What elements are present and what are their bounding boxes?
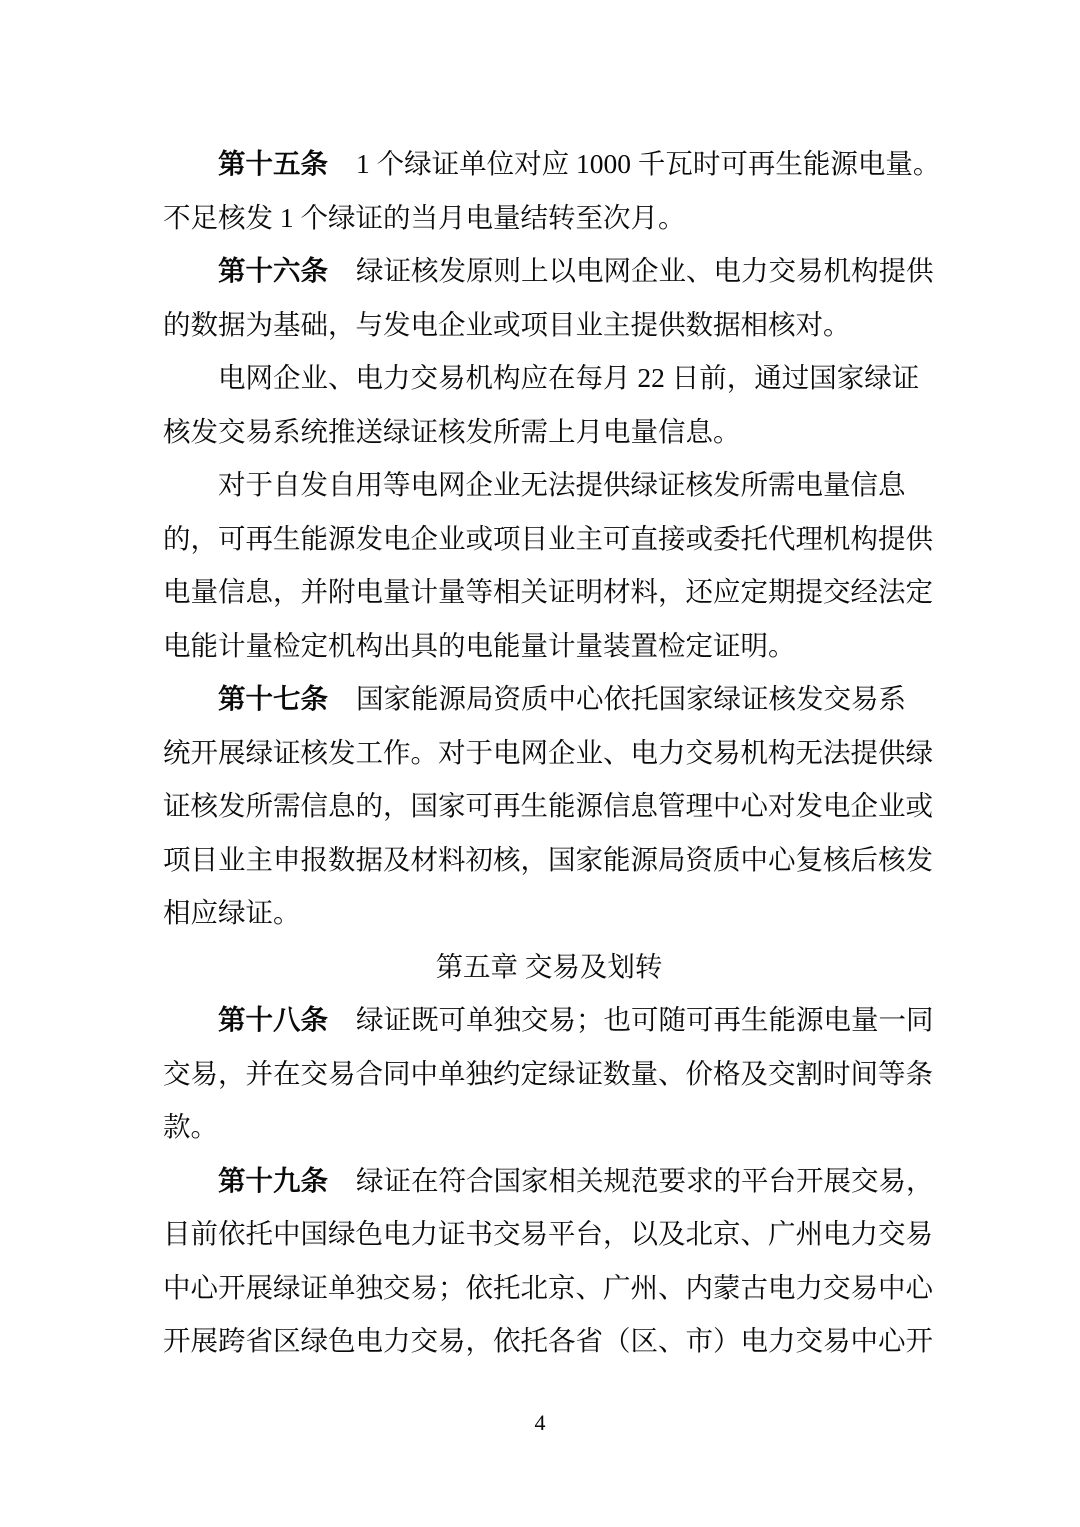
text-line: 项目业主申报数据及材料初核，国家能源局资质中心复核后核发 (163, 833, 935, 887)
document-page: 第十五条1 个绿证单位对应 1000 千瓦时可再生能源电量。不足核发 1 个绿证… (0, 0, 1080, 1527)
line-text: 电量信息，并附电量计量等相关证明材料，还应定期提交经法定 (163, 576, 933, 607)
line-text: 证核发所需信息的，国家可再生能源信息管理中心对发电企业或 (163, 790, 933, 821)
text-line: 的数据为基础，与发电企业或项目业主提供数据相核对。 (163, 298, 935, 352)
text-line: 核发交易系统推送绿证核发所需上月电量信息。 (163, 405, 935, 459)
line-text: 的数据为基础，与发电企业或项目业主提供数据相核对。 (163, 309, 851, 340)
text-line: 开展跨省区绿色电力交易，依托各省（区、市）电力交易中心开 (163, 1314, 935, 1368)
page-number: 4 (0, 1410, 1080, 1436)
line-text: 目前依托中国绿色电力证书交易平台，以及北京、广州电力交易 (163, 1218, 933, 1249)
article-number: 第十八条 (218, 1004, 328, 1035)
text-line: 的，可再生能源发电企业或项目业主可直接或委托代理机构提供 (163, 512, 935, 566)
line-text: 统开展绿证核发工作。对于电网企业、电力交易机构无法提供绿 (163, 737, 933, 768)
text-line: 统开展绿证核发工作。对于电网企业、电力交易机构无法提供绿 (163, 726, 935, 780)
text-line: 款。 (163, 1100, 935, 1154)
line-text: 中心开展绿证单独交易；依托北京、广州、内蒙古电力交易中心 (163, 1272, 933, 1303)
line-text: 款。 (163, 1111, 218, 1142)
line-text: 电能计量检定机构出具的电能量计量装置检定证明。 (163, 630, 796, 661)
text-line: 相应绿证。 (163, 886, 935, 940)
line-text: 项目业主申报数据及材料初核，国家能源局资质中心复核后核发 (163, 844, 933, 875)
text-line: 电量信息，并附电量计量等相关证明材料，还应定期提交经法定 (163, 565, 935, 619)
line-text: 电网企业、电力交易机构应在每月 22 日前，通过国家绿证 (218, 362, 919, 393)
text-line: 对于自发自用等电网企业无法提供绿证核发所需电量信息 (163, 458, 935, 512)
article-number: 第十七条 (218, 683, 328, 714)
line-text: 核发交易系统推送绿证核发所需上月电量信息。 (163, 416, 741, 447)
text-line: 第十七条国家能源局资质中心依托国家绿证核发交易系 (163, 672, 935, 726)
line-text: 第五章 交易及划转 (436, 951, 663, 982)
line-text: 1 个绿证单位对应 1000 千瓦时可再生能源电量。 (356, 148, 940, 179)
line-text: 相应绿证。 (163, 897, 301, 928)
line-text: 对于自发自用等电网企业无法提供绿证核发所需电量信息 (218, 469, 906, 500)
line-text: 绿证核发原则上以电网企业、电力交易机构提供 (356, 255, 934, 286)
text-line: 证核发所需信息的，国家可再生能源信息管理中心对发电企业或 (163, 779, 935, 833)
document-body: 第十五条1 个绿证单位对应 1000 千瓦时可再生能源电量。不足核发 1 个绿证… (163, 137, 935, 1368)
text-line: 目前依托中国绿色电力证书交易平台，以及北京、广州电力交易 (163, 1207, 935, 1261)
line-text: 的，可再生能源发电企业或项目业主可直接或委托代理机构提供 (163, 523, 933, 554)
article-number: 第十九条 (218, 1165, 328, 1196)
text-line: 电能计量检定机构出具的电能量计量装置检定证明。 (163, 619, 935, 673)
line-text: 绿证既可单独交易；也可随可再生能源电量一同 (356, 1004, 934, 1035)
text-line: 第十六条绿证核发原则上以电网企业、电力交易机构提供 (163, 244, 935, 298)
text-line: 电网企业、电力交易机构应在每月 22 日前，通过国家绿证 (163, 351, 935, 405)
line-text: 开展跨省区绿色电力交易，依托各省（区、市）电力交易中心开 (163, 1325, 933, 1356)
line-text: 不足核发 1 个绿证的当月电量结转至次月。 (163, 202, 686, 233)
text-line: 不足核发 1 个绿证的当月电量结转至次月。 (163, 191, 935, 245)
line-text: 绿证在符合国家相关规范要求的平台开展交易， (356, 1165, 934, 1196)
line-text: 交易，并在交易合同中单独约定绿证数量、价格及交割时间等条 (163, 1058, 933, 1089)
line-text: 国家能源局资质中心依托国家绿证核发交易系 (356, 683, 906, 714)
text-line: 中心开展绿证单独交易；依托北京、广州、内蒙古电力交易中心 (163, 1261, 935, 1315)
text-line: 第十五条1 个绿证单位对应 1000 千瓦时可再生能源电量。 (163, 137, 935, 191)
text-line: 交易，并在交易合同中单独约定绿证数量、价格及交割时间等条 (163, 1047, 935, 1101)
article-number: 第十六条 (218, 255, 328, 286)
text-line: 第十九条绿证在符合国家相关规范要求的平台开展交易， (163, 1154, 935, 1208)
chapter-heading: 第五章 交易及划转 (163, 940, 935, 994)
article-number: 第十五条 (218, 148, 328, 179)
text-line: 第十八条绿证既可单独交易；也可随可再生能源电量一同 (163, 993, 935, 1047)
